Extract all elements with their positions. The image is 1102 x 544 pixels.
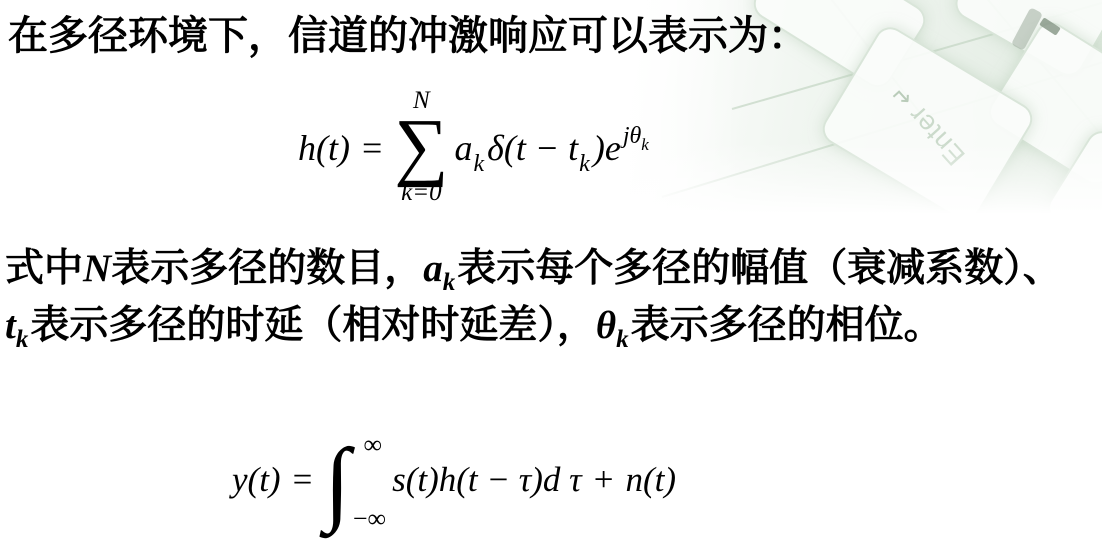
f1-body: akδ(t − tk)ejθk bbox=[454, 127, 648, 169]
summation: N ∑ k=0 bbox=[394, 88, 448, 208]
var-a: a bbox=[423, 247, 443, 290]
var-N: N bbox=[83, 247, 111, 290]
var-t: t bbox=[5, 304, 16, 347]
f2-lhs: y(t) bbox=[232, 460, 281, 500]
exponent: jθk bbox=[623, 123, 649, 149]
coefficient: a bbox=[454, 128, 472, 168]
plus-sign: + bbox=[594, 460, 614, 500]
exp-base: e bbox=[605, 128, 621, 168]
text-segment: 式中 bbox=[5, 247, 83, 290]
exponent-subscript: k bbox=[641, 135, 649, 154]
text-segment: 表示每个多径的幅值（衰减系数）、 bbox=[457, 247, 1062, 290]
slide-title: 在多径环境下，信道的冲激响应可以表示为： bbox=[8, 4, 808, 61]
noise-term: n(t) bbox=[625, 460, 676, 500]
delta-argument: (t − t bbox=[504, 128, 578, 168]
text-segment: 表示多径的时延（相对时延差）， bbox=[30, 304, 596, 347]
formula-received-signal: y(t) = ∫ ∞ −∞ s(t)h(t − τ)d τ + n(t) bbox=[232, 442, 676, 518]
delta-symbol: δ bbox=[487, 128, 504, 168]
integral-symbol: ∫ bbox=[324, 430, 350, 534]
close-paren: ) bbox=[593, 128, 605, 168]
integral-upper-limit: ∞ bbox=[364, 430, 383, 460]
equals-sign: = bbox=[293, 460, 313, 500]
delay-subscript: k bbox=[579, 151, 590, 177]
coefficient-subscript: k bbox=[473, 151, 484, 177]
text-segment: 表示多径的相位。 bbox=[631, 304, 943, 347]
sum-lower-limit: k=0 bbox=[401, 179, 441, 208]
formula-impulse-response: h(t) = N ∑ k=0 akδ(t − tk)ejθk bbox=[298, 88, 649, 208]
text-segment: 表示多径的数目， bbox=[111, 247, 423, 290]
integral-lower-limit: −∞ bbox=[353, 504, 386, 534]
var-theta-subscript: k bbox=[616, 326, 629, 353]
exponent-phase: jθ bbox=[623, 123, 641, 149]
f1-lhs: h(t) bbox=[298, 127, 350, 169]
decoration-fade bbox=[612, 142, 1102, 222]
sigma-symbol: ∑ bbox=[394, 114, 448, 179]
body-text: 式中N表示多径的数目，ak表示每个多径的幅值（衰减系数）、 tk表示多径的时延（… bbox=[5, 240, 1097, 354]
var-a-subscript: k bbox=[443, 269, 456, 296]
integral: ∫ ∞ −∞ bbox=[324, 442, 386, 518]
equals-sign: = bbox=[362, 127, 382, 169]
integrand: s(t)h(t − τ)d τ bbox=[392, 460, 582, 500]
var-theta: θ bbox=[596, 304, 616, 347]
var-t-subscript: k bbox=[16, 326, 29, 353]
